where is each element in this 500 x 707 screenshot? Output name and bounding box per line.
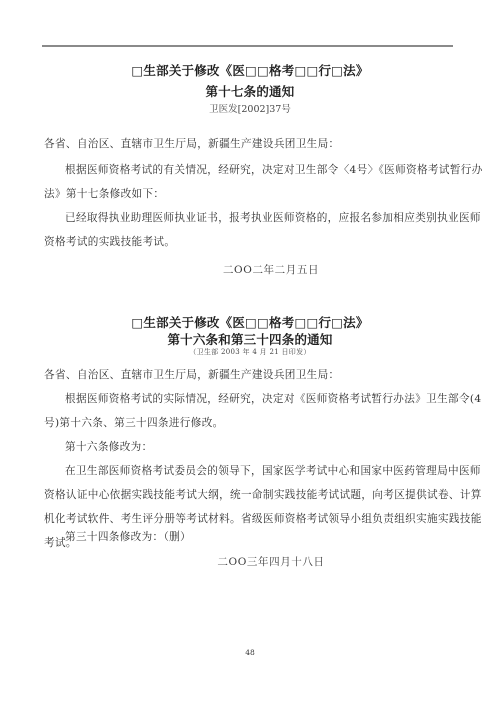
notice2-paragraph-line: 号)第十六条、第三十四条进行修改。 bbox=[44, 416, 464, 430]
notice1-title-line2: 第十七条的通知 bbox=[0, 82, 500, 100]
notice1-date: 二OO二年二月五日 bbox=[0, 262, 500, 277]
notice2-title-line2: 第十六条和第三十四条的通知 bbox=[0, 330, 500, 348]
notice2-title-line1: □生部关于修改《医□□格考□□行□法》 bbox=[0, 313, 500, 331]
notice2-paragraph-line: 第十六条修改为： bbox=[65, 440, 485, 454]
notice2-date: 二OO三年四月十八日 bbox=[0, 554, 500, 569]
notice2-paragraph-line: 在卫生部医师资格考试委员会的领导下，国家医学考试中心和国家中医药管理局中医师 bbox=[65, 464, 485, 478]
notice2-paragraph-line: 第三十四条修改为：（删） bbox=[65, 530, 485, 544]
notice1-paragraph-line: 法》第十七条修改如下： bbox=[44, 187, 464, 201]
notice2-paragraph-line: 根据医师资格考试的实际情况，经研究，决定对《医师资格考试暂行办法》卫生部令(4 bbox=[65, 392, 485, 406]
notice1-paragraph-line: 已经取得执业助理医师执业证书，报考执业医师资格的，应报名参加相应类别执业医师 bbox=[65, 211, 485, 225]
notice2-issued-date: （卫生部 2003 年 4 月 21 日印发） bbox=[0, 347, 500, 357]
notice2-paragraph-line: 资格认证中心依据实践技能考试大纲，统一命制实践技能考试试题，向考区提供试卷、计算 bbox=[44, 488, 464, 502]
notice1-title-line1: □生部关于修改《医□□格考□□行□法》 bbox=[0, 61, 500, 79]
notice1-salutation: 各省、自治区、直辖市卫生厅局，新疆生产建设兵团卫生局： bbox=[44, 137, 464, 151]
page-number: 48 bbox=[0, 648, 500, 657]
notice2-salutation: 各省、自治区、直辖市卫生厅局，新疆生产建设兵团卫生局： bbox=[44, 368, 464, 382]
notice2-paragraph-line: 机化考试软件、考生评分册等考试材料。省级医师资格考试领导小组负责组织实施实践技能 bbox=[44, 512, 464, 526]
header-rule bbox=[42, 45, 453, 47]
notice1-paragraph-line: 资格考试的实践技能考试。 bbox=[44, 235, 464, 249]
notice1-doc-number: 卫医发[2002]37号 bbox=[0, 101, 500, 115]
notice1-paragraph-line: 根据医师资格考试的有关情况，经研究，决定对卫生部令〈4号〉《医师资格考试暂行办 bbox=[65, 163, 485, 177]
